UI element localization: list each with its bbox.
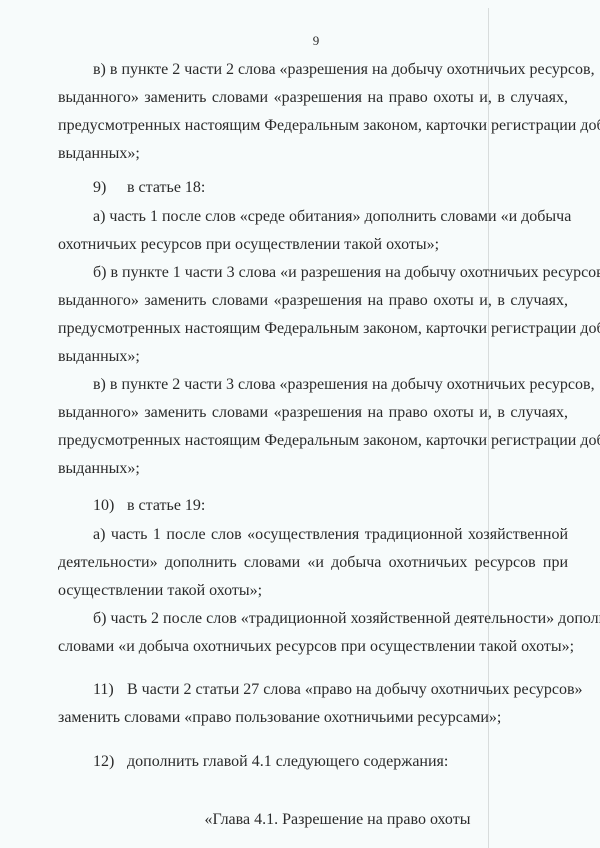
document-line: словами «и добыча охотничьих ресурсов пр… bbox=[58, 637, 568, 657]
document-line: б) часть 2 после слов «традиционной хозя… bbox=[93, 609, 568, 629]
document-line: в) в пункте 2 части 3 слова «разрешения … bbox=[93, 375, 568, 395]
document-line: выданного» заменить словами «разрешения … bbox=[58, 291, 568, 311]
list-item: 9)в статье 18: bbox=[93, 178, 568, 198]
list-item-text: в статье 18: bbox=[127, 179, 205, 196]
document-line: б) в пункте 1 части 3 слова «и разрешени… bbox=[93, 263, 568, 283]
page-number: 9 bbox=[0, 33, 600, 49]
list-item-text: дополнить главой 4.1 следующего содержан… bbox=[127, 753, 448, 770]
document-line: охотничьих ресурсов при осуществлении та… bbox=[58, 235, 568, 255]
list-item-number: 11) bbox=[93, 680, 127, 700]
list-item-text: В части 2 статьи 27 слова «право на добы… bbox=[127, 681, 583, 698]
document-line: выданных»; bbox=[58, 459, 568, 479]
document-line: выданного» заменить словами «разрешения … bbox=[58, 88, 568, 108]
document-line: предусмотренных настоящим Федеральным за… bbox=[58, 319, 568, 339]
list-item-number: 12) bbox=[93, 752, 127, 772]
list-item-number: 10) bbox=[93, 496, 127, 516]
document-line: а) часть 1 после слов «среде обитания» д… bbox=[93, 207, 568, 227]
list-item-number: 9) bbox=[93, 178, 127, 198]
document-line: заменить словами «право пользование охот… bbox=[58, 708, 568, 728]
list-item-text: в статье 19: bbox=[127, 497, 205, 514]
document-line: выданных»; bbox=[58, 144, 568, 164]
list-item: 11)В части 2 статьи 27 слова «право на д… bbox=[93, 680, 568, 700]
chapter-heading: «Глава 4.1. Разрешение на право охоты bbox=[0, 810, 600, 830]
document-line: предусмотренных настоящим Федеральным за… bbox=[58, 431, 568, 451]
document-line: деятельности» дополнить словами «и добыч… bbox=[58, 553, 568, 573]
document-line: осуществлении такой охоты»; bbox=[58, 581, 568, 601]
document-line: а) часть 1 после слов «осуществления тра… bbox=[93, 525, 568, 545]
document-line: выданного» заменить словами «разрешения … bbox=[58, 403, 568, 423]
document-line: в) в пункте 2 части 2 слова «разрешения … bbox=[93, 60, 568, 80]
document-line: выданных»; bbox=[58, 347, 568, 367]
list-item: 10)в статье 19: bbox=[93, 496, 568, 516]
document-line: предусмотренных настоящим Федеральным за… bbox=[58, 116, 568, 136]
list-item: 12)дополнить главой 4.1 следующего содер… bbox=[93, 752, 568, 772]
